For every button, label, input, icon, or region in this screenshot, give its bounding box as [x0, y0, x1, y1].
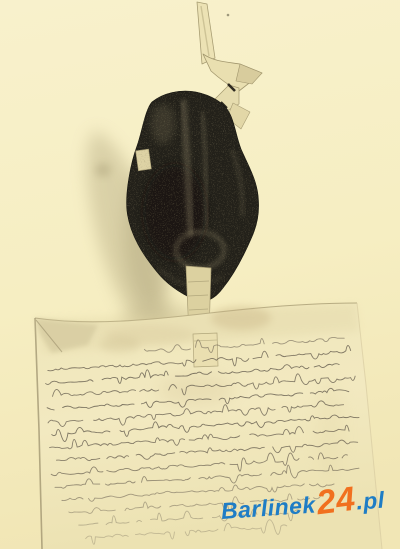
paper-fleck: [227, 14, 230, 17]
watermark-site-name: Barlinek: [220, 491, 316, 524]
watermark-tld: .pl: [355, 487, 385, 515]
photo-canvas: Barlinek24.pl: [0, 0, 400, 549]
watermark-number: 24: [314, 482, 357, 520]
document-slit-strip: [193, 333, 218, 367]
charter-photo: [0, 0, 400, 549]
